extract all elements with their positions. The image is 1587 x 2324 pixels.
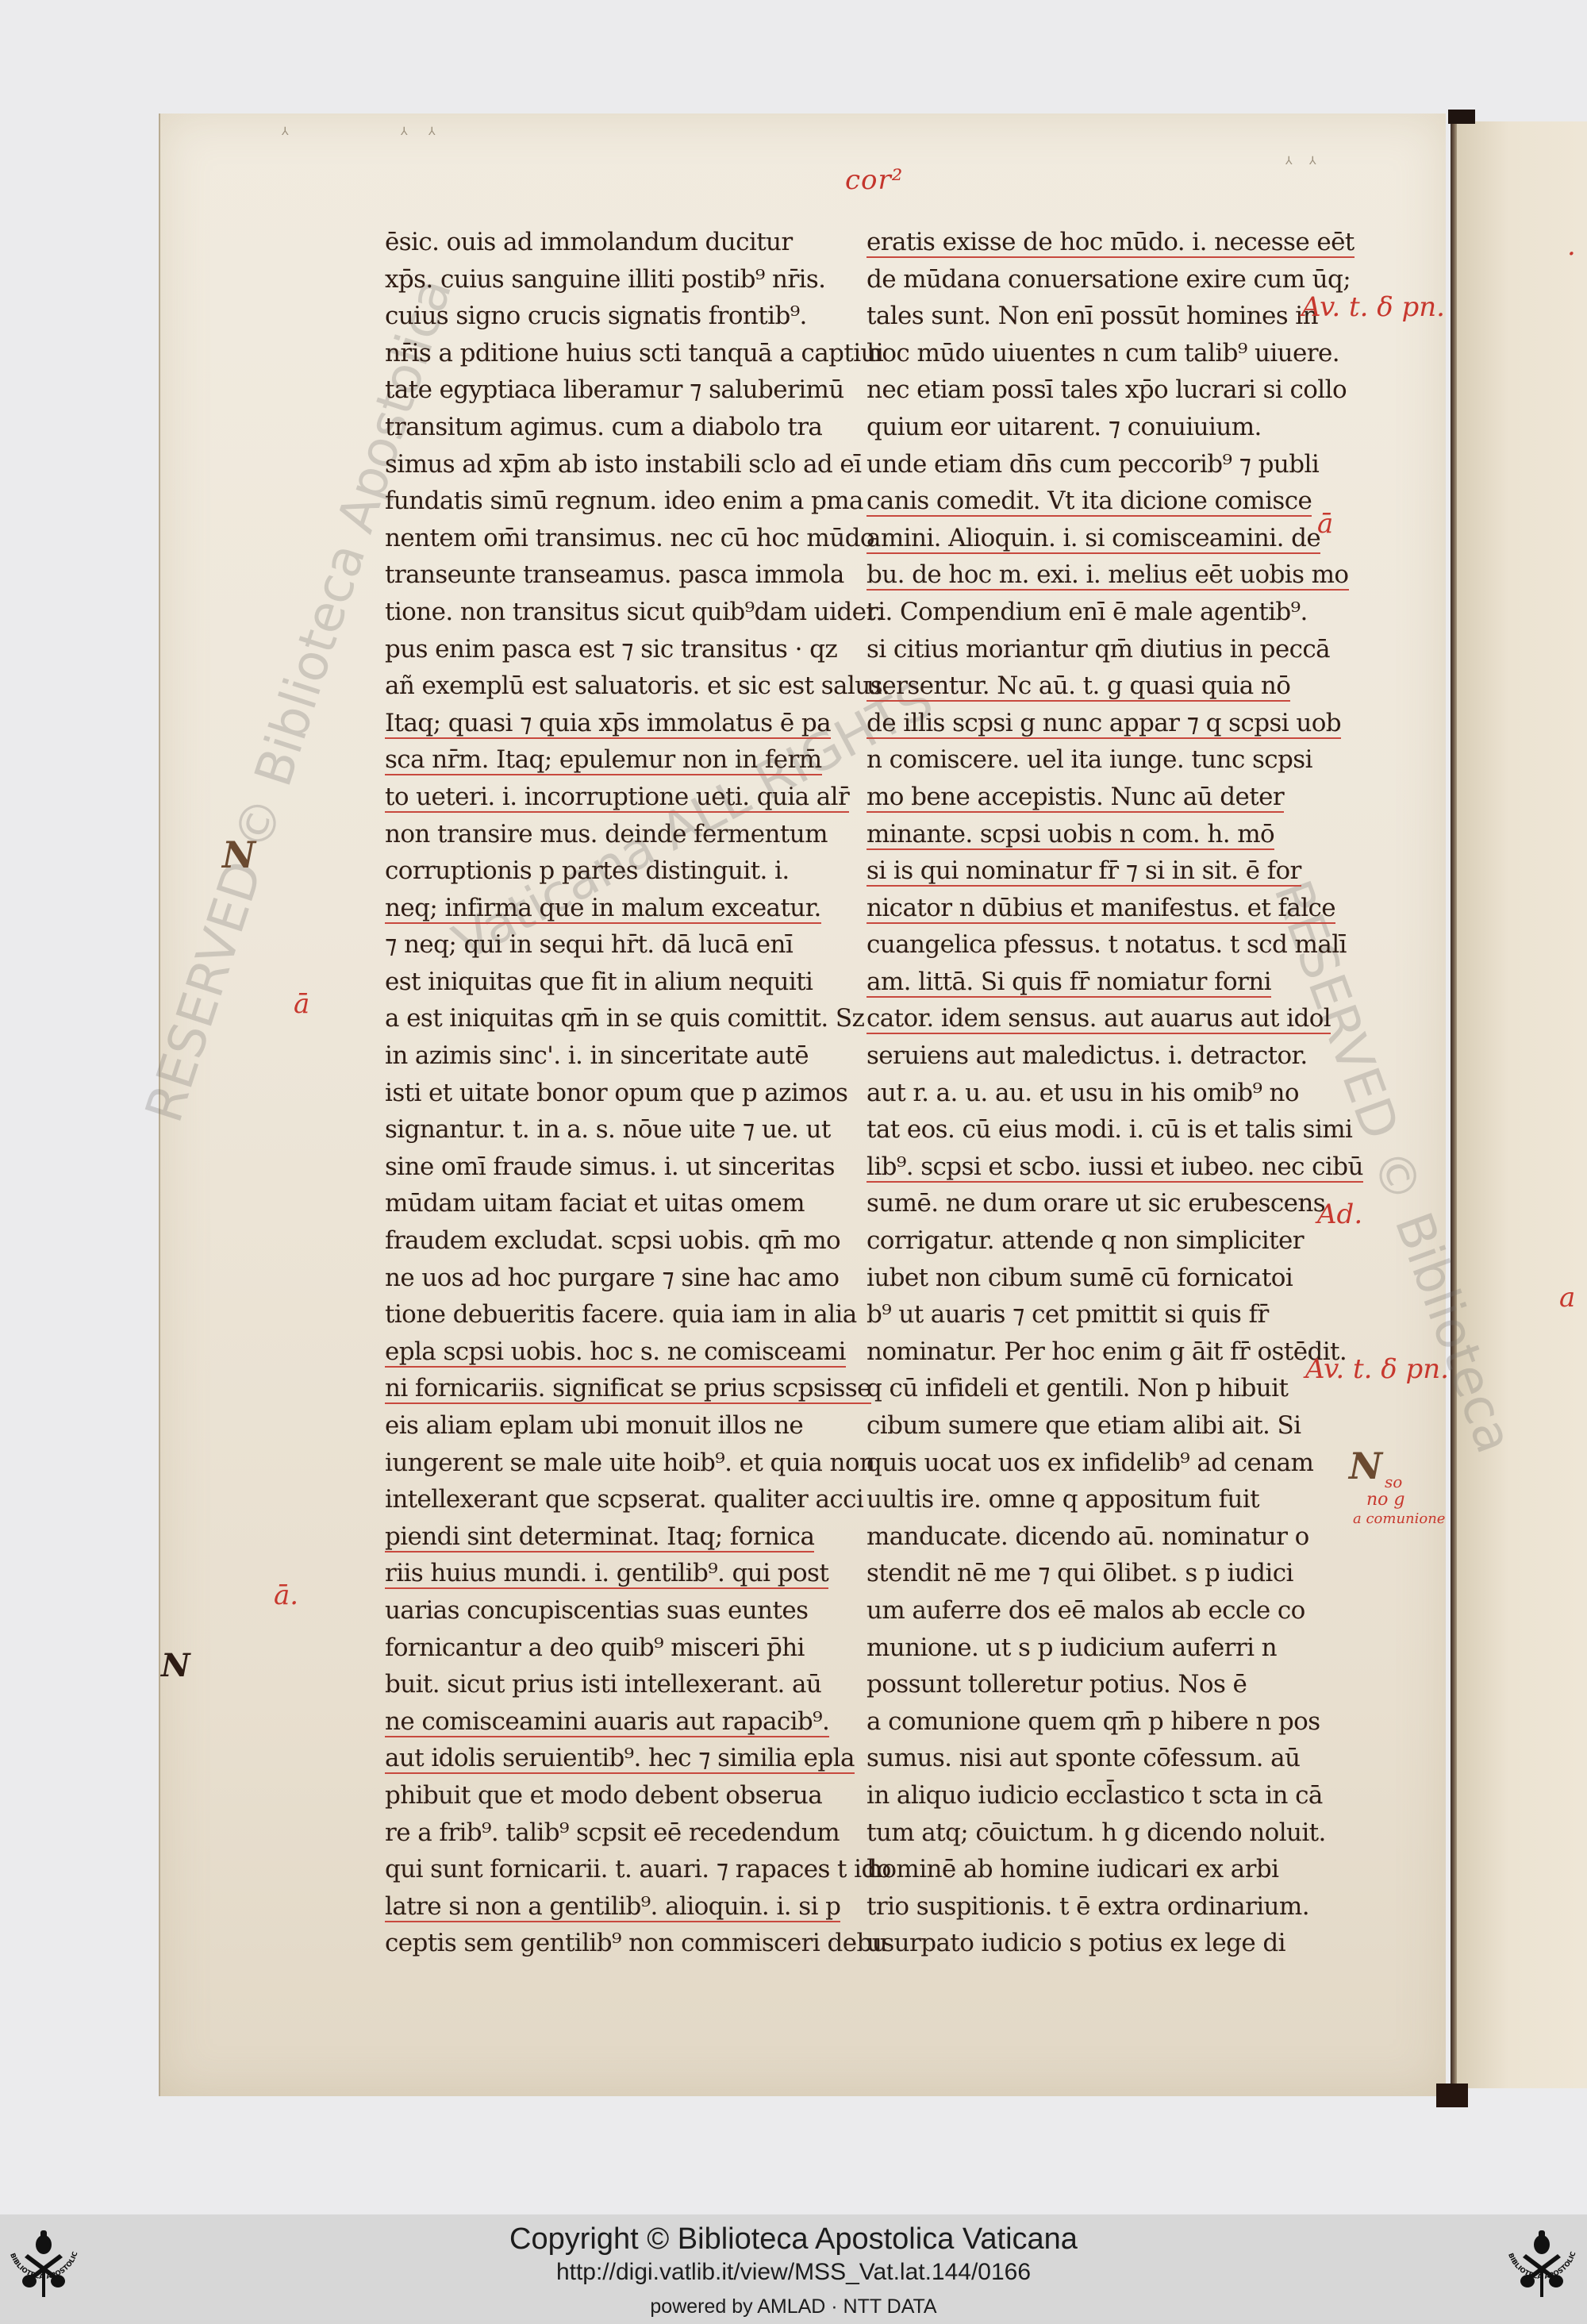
manuscript-line-text: xp̄s. cuius sanguine illiti postib⁹ nr̄i… xyxy=(385,265,825,294)
manuscript-line-text: isti et uitate bonor opum que p azimos xyxy=(385,1079,847,1107)
manuscript-line-text: munione. ut s p iudicium auferri n xyxy=(867,1633,1277,1662)
manuscript-line: possunt tolleretur potius. Nos ē xyxy=(867,1666,1311,1703)
manuscript-line-text: seruiens aut maledictus. i. detractor. xyxy=(867,1041,1308,1070)
manuscript-line-text: fraudem excludat. scpsi uobis. qm̄ mo xyxy=(385,1226,840,1255)
manuscript-line: isti et uitate bonor opum que p azimos xyxy=(385,1075,829,1112)
manuscript-line-text: si citius moriantur qm̄ diutius in peccā xyxy=(867,635,1330,664)
manuscript-line: ne uos ad hoc purgare ⁊ sine hac amo xyxy=(385,1260,829,1297)
manuscript-line-text: de mūdana conuersatione exire cum ūq; xyxy=(867,265,1351,294)
manuscript-line: iungerent se male uite hoib⁹. et quia no… xyxy=(385,1445,829,1482)
manuscript-line-text: Itaq; quasi ⁊ quia xp̄s immolatus ē pa xyxy=(385,709,831,739)
manuscript-line: bu. de hoc m. exi. i. melius eēt uobis m… xyxy=(867,556,1311,594)
facing-page-edge xyxy=(1457,121,1587,2088)
manuscript-line: epla scpsi uobis. hoc s. ne comisceami xyxy=(385,1333,829,1371)
manuscript-line: neq; infirma que in malum exceatur. xyxy=(385,890,829,927)
manuscript-line-text: fundatis simū regnum. ideo enim a pma xyxy=(385,487,863,515)
manuscript-line: aut r. a. u. au. et usu in his omib⁹ no xyxy=(867,1075,1311,1112)
margin-note: so xyxy=(1385,1472,1402,1491)
manuscript-line: cibum sumere que etiam alibi ait. Si xyxy=(867,1407,1311,1445)
manuscript-line: a est iniquitas qm̄ in se quis comittit.… xyxy=(385,1000,829,1037)
manuscript-line: nec etiam possī tales xp̄o lucrari si co… xyxy=(867,371,1311,409)
manuscript-line-text: nec etiam possī tales xp̄o lucrari si co… xyxy=(867,375,1347,404)
manuscript-line: tales sunt. Non enī possūt homines in xyxy=(867,298,1311,335)
manuscript-line-text: cibum sumere que etiam alibi ait. Si xyxy=(867,1411,1301,1440)
manuscript-line-text: b⁹ ut auaris ⁊ cet pmittit si quis fr̄ xyxy=(867,1300,1269,1329)
manuscript-line-text: unde etiam dn̄s cum peccorib⁹ ⁊ publi xyxy=(867,450,1319,479)
manuscript-line: in aliquo iudicio eccl̄astico t scta in … xyxy=(867,1777,1311,1814)
manuscript-line-text: to ueteri. i. incorruptione ueti. quia a… xyxy=(385,783,849,813)
manuscript-line-text: eis aliam eplam ubi monuit illos ne xyxy=(385,1411,803,1440)
manuscript-line-text: añ exemplū est saluatoris. et sic est sa… xyxy=(385,671,890,700)
manuscript-line-text: quis uocat uos ex infidelib⁹ ad cenam xyxy=(867,1449,1313,1477)
margin-note: ā xyxy=(1317,508,1333,540)
nota-mark-icon: N xyxy=(161,1647,190,1684)
manuscript-line: xp̄s. cuius sanguine illiti postib⁹ nr̄i… xyxy=(385,261,829,298)
manuscript-line-text: est iniquitas que fit in alium nequiti xyxy=(385,968,813,996)
manuscript-line: simus ad xp̄m ab isto instabili sclo ad … xyxy=(385,446,829,483)
manuscript-line: sca nr̄m. Itaq; epulemur non in ferm̄ xyxy=(385,741,829,779)
manuscript-line: munione. ut s p iudicium auferri n xyxy=(867,1629,1311,1667)
manuscript-line: nentem om̄i transimus. nec cū hoc mūdo xyxy=(385,520,829,557)
manuscript-line: a comunione quem qm̄ p hibere n pos xyxy=(867,1703,1311,1741)
manuscript-line-text: corruptionis p partes distinguit. i. xyxy=(385,856,790,885)
manuscript-line: qui sunt fornicarii. t. auari. ⁊ rapaces… xyxy=(385,1851,829,1888)
manuscript-line-text: a est iniquitas qm̄ in se quis comittit.… xyxy=(385,1004,864,1033)
manuscript-line: transitum agimus. cum a diabolo tra xyxy=(385,409,829,446)
running-head: cor² xyxy=(845,164,903,196)
manuscript-line-text: lib⁹. scpsi et scbo. iussi et iubeo. nec… xyxy=(867,1152,1363,1183)
manuscript-line: ⁊ neq; qui in sequi hr̄t. dā lucā enī xyxy=(385,926,829,964)
manuscript-line-text: in aliquo iudicio eccl̄astico t scta in … xyxy=(867,1781,1323,1810)
page-clip-top xyxy=(1448,110,1475,124)
margin-note: Av. t. δ pn. xyxy=(1301,291,1445,323)
manuscript-line-text: in azimis sinc'. i. in sinceritate autē xyxy=(385,1041,809,1070)
manuscript-line: stendit nē me ⁊ qui ōlibet. s p iudici xyxy=(867,1555,1311,1592)
manuscript-line: eratis exisse de hoc mūdo. i. necesse eē… xyxy=(867,224,1311,261)
manuscript-line: cuius signo crucis signatis frontib⁹. xyxy=(385,298,829,335)
manuscript-line-text: tate egyptiaca liberamur ⁊ saluberimū xyxy=(385,375,844,404)
manuscript-line-text: minante. scpsi uobis n com. h. mō xyxy=(867,820,1274,850)
manuscript-line-text: piendi sint determinat. Itaq; fornica xyxy=(385,1522,814,1553)
manuscript-line: ceptis sem gentilib⁹ non commisceri debu xyxy=(385,1925,829,1962)
manuscript-line: b⁹ ut auaris ⁊ cet pmittit si quis fr̄ xyxy=(867,1296,1311,1333)
page-clip-bottom xyxy=(1436,2084,1468,2107)
manuscript-line: manducate. dicendo aū. nominatur o xyxy=(867,1518,1311,1556)
manuscript-line: nicator n dūbius et manifestus. et falce xyxy=(867,890,1311,927)
facing-page-note: a xyxy=(1559,1282,1575,1314)
manuscript-line-text: tione debueritis facere. quia iam in ali… xyxy=(385,1300,857,1329)
manuscript-line-text: ne uos ad hoc purgare ⁊ sine hac amo xyxy=(385,1264,839,1292)
manuscript-line: amini. Alioquin. i. si comisceamini. de xyxy=(867,520,1311,557)
manuscript-line: n comiscere. uel ita iunge. tunc scpsi xyxy=(867,741,1311,779)
manuscript-line: corrigatur. attende q non simpliciter xyxy=(867,1222,1311,1260)
manuscript-line: mo bene accepistis. Nunc aū deter xyxy=(867,779,1311,816)
manuscript-line-text: aut idolis seruientib⁹. hec ⁊ similia ep… xyxy=(385,1744,855,1774)
manuscript-line: hoc mūdo uiuentes n cum talib⁹ uiuere. xyxy=(867,335,1311,372)
manuscript-line-text: n comiscere. uel ita iunge. tunc scpsi xyxy=(867,745,1312,774)
margin-note: no g xyxy=(1366,1490,1405,1510)
manuscript-line: lib⁹. scpsi et scbo. iussi et iubeo. nec… xyxy=(867,1149,1311,1186)
manuscript-line: riis huius mundi. i. gentilib⁹. qui post xyxy=(385,1555,829,1592)
manuscript-line: buit. sicut prius isti intellexerant. aū xyxy=(385,1666,829,1703)
manuscript-line-text: nicator n dūbius et manifestus. et falce xyxy=(867,894,1335,924)
manuscript-line: tate egyptiaca liberamur ⁊ saluberimū xyxy=(385,371,829,409)
manuscript-line-text: latre si non a gentilib⁹. alioquin. i. s… xyxy=(385,1892,840,1922)
manuscript-line-text: simus ad xp̄m ab isto instabili sclo ad … xyxy=(385,450,861,479)
text-column-left: ēsic. ouis ad immolandum duciturxp̄s. cu… xyxy=(385,224,829,1962)
source-url[interactable]: http://digi.vatlib.it/view/MSS_Vat.lat.1… xyxy=(0,2259,1587,2286)
manuscript-line: eis aliam eplam ubi monuit illos ne xyxy=(385,1407,829,1445)
manuscript-line-text: bu. de hoc m. exi. i. melius eēt uobis m… xyxy=(867,560,1349,591)
manuscript-line: q cū infideli et gentili. Non p hibuit xyxy=(867,1370,1311,1407)
manuscript-line-text: qui sunt fornicarii. t. auari. ⁊ rapaces… xyxy=(385,1855,891,1883)
manuscript-line: pus enim pasca est ⁊ sic transitus · qz xyxy=(385,631,829,668)
binding-spine xyxy=(1451,114,1457,2096)
manuscript-line: añ exemplū est saluatoris. et sic est sa… xyxy=(385,668,829,705)
manuscript-line-text: um auferre dos eē malos ab eccle co xyxy=(867,1596,1305,1625)
manuscript-line-text: aut r. a. u. au. et usu in his omib⁹ no xyxy=(867,1079,1299,1107)
facing-page-note: · xyxy=(1567,238,1576,270)
manuscript-line: usurpato iudicio s potius ex lege di xyxy=(867,1925,1311,1962)
manuscript-line-text: cuius signo crucis signatis frontib⁹. xyxy=(385,302,807,330)
manuscript-line-text: de illis scpsi g nunc appar ⁊ q scpsi uo… xyxy=(867,709,1341,739)
manuscript-line: tum atq; cōuictum. h g dicendo noluit. xyxy=(867,1814,1311,1852)
manuscript-line-text: transeunte transeamus. pasca immola xyxy=(385,560,844,589)
manuscript-line: tat eos. cū eius modi. i. cū is et talis… xyxy=(867,1111,1311,1149)
nota-mark-icon: N xyxy=(222,833,256,876)
manuscript-line: trio suspitionis. t ē extra ordinarium. xyxy=(867,1888,1311,1926)
manuscript-line-text: tum atq; cōuictum. h g dicendo noluit. xyxy=(867,1818,1326,1847)
manuscript-line: intellexerant que scpserat. qualiter acc… xyxy=(385,1481,829,1518)
manuscript-line-text: transitum agimus. cum a diabolo tra xyxy=(385,413,822,441)
manuscript-line-text: ēsic. ouis ad immolandum ducitur xyxy=(385,228,793,256)
manuscript-line: re a frib⁹. talib⁹ scpsit eē recedendum xyxy=(385,1814,829,1852)
manuscript-line-text: ri. Compendium enī ē male agentib⁹. xyxy=(867,598,1308,626)
manuscript-line-text: cator. idem sensus. aut auarus aut idol xyxy=(867,1004,1331,1034)
manuscript-line: latre si non a gentilib⁹. alioquin. i. s… xyxy=(385,1888,829,1926)
powered-by-text: powered by AMLAD · NTT DATA xyxy=(0,2295,1587,2318)
manuscript-line-text: pus enim pasca est ⁊ sic transitus · qz xyxy=(385,635,837,664)
manuscript-line-text: tat eos. cū eius modi. i. cū is et talis… xyxy=(867,1115,1352,1144)
pricking-mark: ⅄ xyxy=(282,125,289,138)
manuscript-line: ne comisceamini auaris aut rapacib⁹. xyxy=(385,1703,829,1741)
manuscript-line-text: corrigatur. attende q non simpliciter xyxy=(867,1226,1304,1255)
manuscript-line: um auferre dos eē malos ab eccle co xyxy=(867,1592,1311,1629)
manuscript-line: seruiens aut maledictus. i. detractor. xyxy=(867,1037,1311,1075)
manuscript-line-text: sumē. ne dum orare ut sic erubescens xyxy=(867,1189,1325,1218)
manuscript-line: sumus. nisi aut sponte cōfessum. aū xyxy=(867,1740,1311,1777)
manuscript-line-text: trio suspitionis. t ē extra ordinarium. xyxy=(867,1892,1309,1921)
manuscript-line-text: eratis exisse de hoc mūdo. i. necesse eē… xyxy=(867,228,1355,258)
manuscript-line-text: amini. Alioquin. i. si comisceamini. de xyxy=(867,524,1320,554)
manuscript-line-text: uersentur. Nc aū. t. g quasi quia nō xyxy=(867,671,1290,702)
vatican-library-logo-icon: BIBLIOTECA APOSTOLICA VATICANA xyxy=(1502,2222,1581,2316)
manuscript-line-text: non transire mus. deinde fermentum xyxy=(385,820,828,848)
manuscript-line: tione debueritis facere. quia iam in ali… xyxy=(385,1296,829,1333)
manuscript-line-text: stendit nē me ⁊ qui ōlibet. s p iudici xyxy=(867,1559,1293,1587)
manuscript-line: iubet non cibum sumē cū fornicatoi xyxy=(867,1260,1311,1297)
manuscript-line-text: nr̄is a pditione huius scti tanquā a cap… xyxy=(385,339,883,367)
manuscript-line: si citius moriantur qm̄ diutius in peccā xyxy=(867,631,1311,668)
manuscript-line: quium eor uitarent. ⁊ conuiuium. xyxy=(867,409,1311,446)
copyright-text: Copyright © Biblioteca Apostolica Vatica… xyxy=(0,2222,1587,2257)
manuscript-line: canis comedit. Vt ita dicione comisce xyxy=(867,483,1311,520)
manuscript-line: est iniquitas que fit in alium nequiti xyxy=(385,964,829,1001)
manuscript-line: uarias concupiscentias suas euntes xyxy=(385,1592,829,1629)
manuscript-line-text: intellexerant que scpserat. qualiter acc… xyxy=(385,1485,863,1514)
manuscript-line-text: si is qui nominatur fr̄ ⁊ si in sit. ē f… xyxy=(867,856,1301,887)
copyright-footer: Copyright © Biblioteca Apostolica Vatica… xyxy=(0,2214,1587,2324)
manuscript-line-text: sumus. nisi aut sponte cōfessum. aū xyxy=(867,1744,1300,1772)
manuscript-line: de mūdana conuersatione exire cum ūq; xyxy=(867,261,1311,298)
manuscript-line-text: epla scpsi uobis. hoc s. ne comisceami xyxy=(385,1337,846,1368)
manuscript-line: Itaq; quasi ⁊ quia xp̄s immolatus ē pa xyxy=(385,705,829,742)
manuscript-line: cator. idem sensus. aut auarus aut idol xyxy=(867,1000,1311,1037)
manuscript-line: tione. non transitus sicut quib⁹dam uide… xyxy=(385,594,829,631)
manuscript-line: ēsic. ouis ad immolandum ducitur xyxy=(385,224,829,261)
manuscript-line-text: tione. non transitus sicut quib⁹dam uide… xyxy=(385,598,882,626)
manuscript-line: in azimis sinc'. i. in sinceritate autē xyxy=(385,1037,829,1075)
margin-note: a comunione xyxy=(1353,1510,1445,1527)
manuscript-line-text: re a frib⁹. talib⁹ scpsit eē recedendum xyxy=(385,1818,840,1847)
manuscript-line: minante. scpsi uobis n com. h. mō xyxy=(867,816,1311,853)
manuscript-line: hominē ab homine iudicari ex arbi xyxy=(867,1851,1311,1888)
manuscript-line: uultis ire. omne q appositum fuit xyxy=(867,1481,1311,1518)
manuscript-line-text: mūdam uitam faciat et uitas omem xyxy=(385,1189,805,1218)
manuscript-line: signantur. t. in a. s. nōue uite ⁊ ue. u… xyxy=(385,1111,829,1149)
manuscript-line: phibuit que et modo debent obserua xyxy=(385,1777,829,1814)
manuscript-line: uersentur. Nc aū. t. g quasi quia nō xyxy=(867,668,1311,705)
manuscript-line-text: hominē ab homine iudicari ex arbi xyxy=(867,1855,1278,1883)
manuscript-line-text: q cū infideli et gentili. Non p hibuit xyxy=(867,1374,1288,1402)
manuscript-line: to ueteri. i. incorruptione ueti. quia a… xyxy=(385,779,829,816)
manuscript-line: sine omī fraude simus. i. ut sinceritas xyxy=(385,1149,829,1186)
manuscript-line: nr̄is a pditione huius scti tanquā a cap… xyxy=(385,335,829,372)
manuscript-line: fraudem excludat. scpsi uobis. qm̄ mo xyxy=(385,1222,829,1260)
manuscript-line-text: ceptis sem gentilib⁹ non commisceri debu xyxy=(385,1929,887,1957)
manuscript-line: fornicantur a deo quib⁹ misceri p̄hi xyxy=(385,1629,829,1667)
manuscript-line: am. littā. Si quis fr̄ nomiatur forni xyxy=(867,964,1311,1001)
manuscript-line: nominatur. Per hoc enim g āit fr̄ ostēdi… xyxy=(867,1333,1311,1371)
pricking-mark: ⅄ xyxy=(1309,155,1316,167)
manuscript-line-text: phibuit que et modo debent obserua xyxy=(385,1781,822,1810)
manuscript-line-text: ni fornicariis. significat se prius scps… xyxy=(385,1374,871,1404)
manuscript-line: si is qui nominatur fr̄ ⁊ si in sit. ē f… xyxy=(867,852,1311,890)
manuscript-line: corruptionis p partes distinguit. i. xyxy=(385,852,829,890)
vatican-library-logo-icon: BIBLIOTECA APOSTOLICA VATICANA xyxy=(4,2222,83,2316)
margin-note: ā. xyxy=(274,1579,298,1611)
nota-mark-icon: N xyxy=(1349,1445,1382,1487)
manuscript-line: piendi sint determinat. Itaq; fornica xyxy=(385,1518,829,1556)
text-column-right: eratis exisse de hoc mūdo. i. necesse eē… xyxy=(867,224,1311,1962)
manuscript-line-text: uultis ire. omne q appositum fuit xyxy=(867,1485,1259,1514)
manuscript-line-text: a comunione quem qm̄ p hibere n pos xyxy=(867,1707,1320,1736)
manuscript-line-text: usurpato iudicio s potius ex lege di xyxy=(867,1929,1285,1957)
manuscript-line: cuangelica pfessus. t notatus. t scd mal… xyxy=(867,926,1311,964)
pricking-mark: ⅄ xyxy=(428,125,436,138)
manuscript-line: de illis scpsi g nunc appar ⁊ q scpsi uo… xyxy=(867,705,1311,742)
manuscript-line-text: signantur. t. in a. s. nōue uite ⁊ ue. u… xyxy=(385,1115,831,1144)
manuscript-line: transeunte transeamus. pasca immola xyxy=(385,556,829,594)
margin-note: ā xyxy=(294,988,309,1020)
manuscript-line: non transire mus. deinde fermentum xyxy=(385,816,829,853)
pricking-mark: ⅄ xyxy=(1285,155,1293,167)
manuscript-line-text: fornicantur a deo quib⁹ misceri p̄hi xyxy=(385,1633,805,1662)
manuscript-line-text: tales sunt. Non enī possūt homines in xyxy=(867,302,1318,330)
manuscript-line-text: ne comisceamini auaris aut rapacib⁹. xyxy=(385,1707,829,1737)
manuscript-line-text: neq; infirma que in malum exceatur. xyxy=(385,894,821,924)
manuscript-line-text: nominatur. Per hoc enim g āit fr̄ ostēdi… xyxy=(867,1337,1347,1366)
manuscript-line-text: riis huius mundi. i. gentilib⁹. qui post xyxy=(385,1559,828,1589)
manuscript-line-text: iubet non cibum sumē cū fornicatoi xyxy=(867,1264,1293,1292)
manuscript-line: ri. Compendium enī ē male agentib⁹. xyxy=(867,594,1311,631)
margin-note: Ad. xyxy=(1317,1199,1362,1230)
manuscript-line-text: nentem om̄i transimus. nec cū hoc mūdo xyxy=(385,524,874,552)
manuscript-line: sumē. ne dum orare ut sic erubescens xyxy=(867,1185,1311,1222)
manuscript-line-text: possunt tolleretur potius. Nos ē xyxy=(867,1670,1247,1699)
manuscript-line: ni fornicariis. significat se prius scps… xyxy=(385,1370,829,1407)
manuscript-line: unde etiam dn̄s cum peccorib⁹ ⁊ publi xyxy=(867,446,1311,483)
manuscript-line-text: canis comedit. Vt ita dicione comisce xyxy=(867,487,1312,517)
manuscript-line-text: iungerent se male uite hoib⁹. et quia no… xyxy=(385,1449,874,1477)
margin-note: Av. t. δ pn. xyxy=(1305,1353,1449,1385)
manuscript-line-text: am. littā. Si quis fr̄ nomiatur forni xyxy=(867,968,1271,998)
manuscript-line-text: sca nr̄m. Itaq; epulemur non in ferm̄ xyxy=(385,745,822,775)
manuscript-line-text: manducate. dicendo aū. nominatur o xyxy=(867,1522,1309,1551)
manuscript-line: quis uocat uos ex infidelib⁹ ad cenam xyxy=(867,1445,1311,1482)
manuscript-line-text: buit. sicut prius isti intellexerant. aū xyxy=(385,1670,821,1699)
pricking-mark: ⅄ xyxy=(401,125,408,138)
manuscript-line-text: mo bene accepistis. Nunc aū deter xyxy=(867,783,1284,813)
manuscript-line: mūdam uitam faciat et uitas omem xyxy=(385,1185,829,1222)
manuscript-line-text: ⁊ neq; qui in sequi hr̄t. dā lucā enī xyxy=(385,930,793,959)
manuscript-line-text: hoc mūdo uiuentes n cum talib⁹ uiuere. xyxy=(867,339,1339,367)
manuscript-line: fundatis simū regnum. ideo enim a pma xyxy=(385,483,829,520)
manuscript-line: aut idolis seruientib⁹. hec ⁊ similia ep… xyxy=(385,1740,829,1777)
manuscript-line-text: sine omī fraude simus. i. ut sinceritas xyxy=(385,1152,835,1181)
manuscript-line-text: uarias concupiscentias suas euntes xyxy=(385,1596,808,1625)
manuscript-line-text: quium eor uitarent. ⁊ conuiuium. xyxy=(867,413,1262,441)
manuscript-line-text: cuangelica pfessus. t notatus. t scd mal… xyxy=(867,930,1347,959)
